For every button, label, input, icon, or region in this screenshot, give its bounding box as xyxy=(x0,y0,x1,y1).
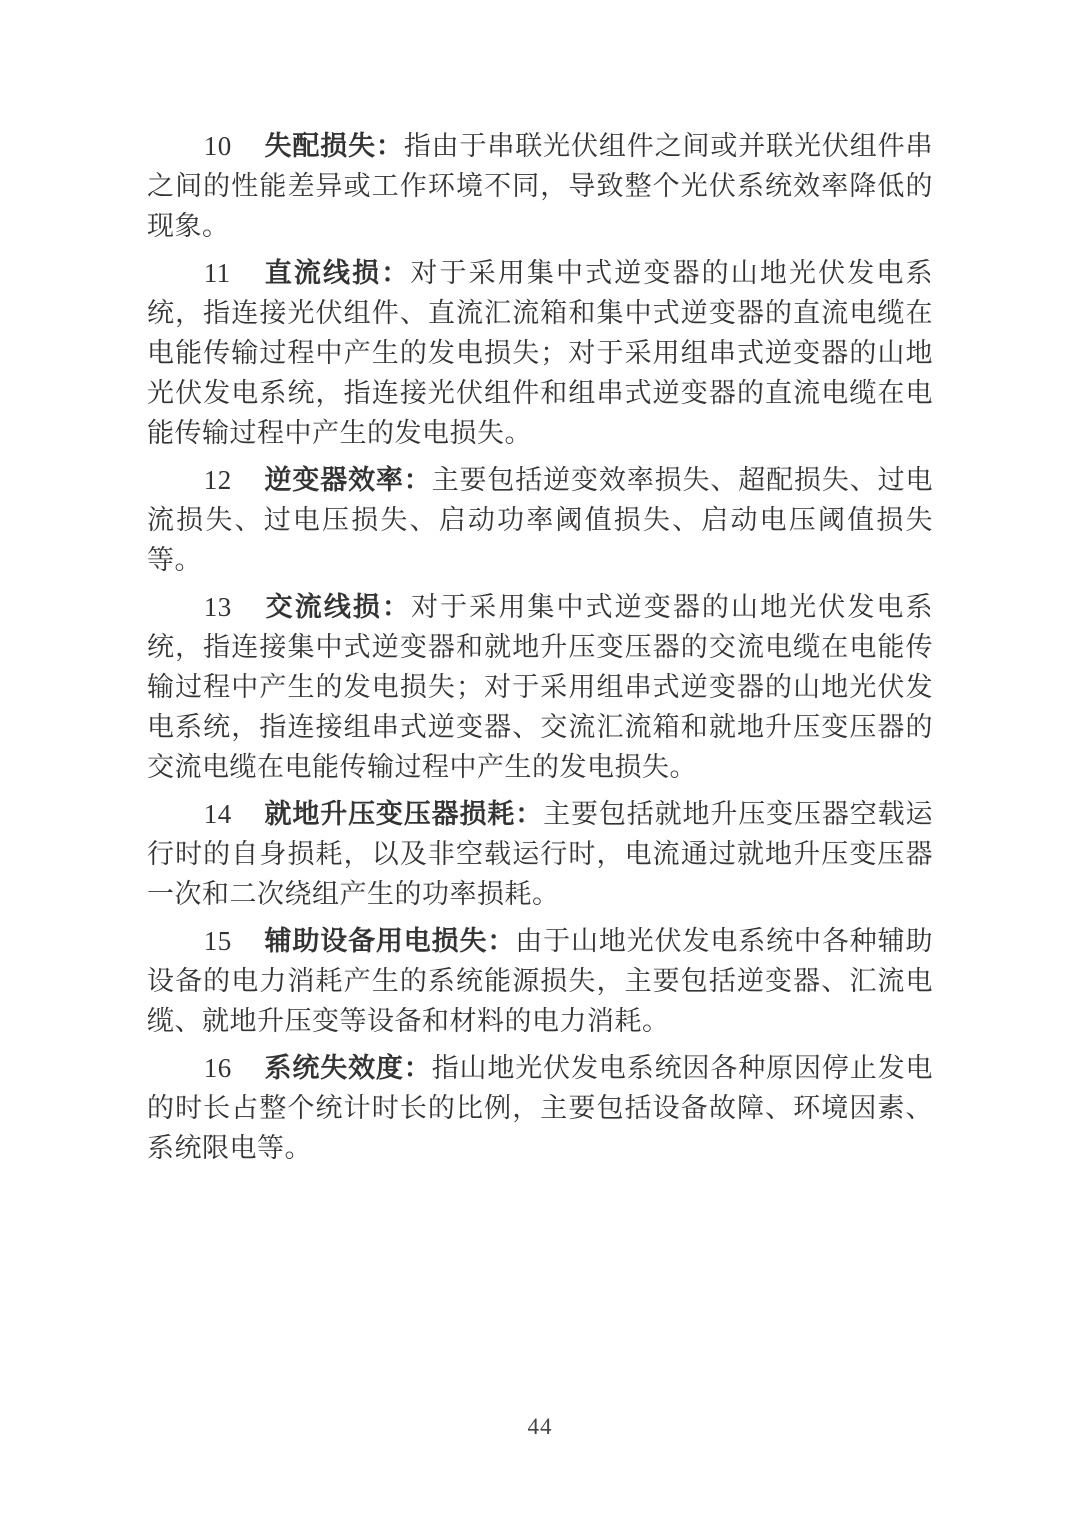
definitions-list: 10失配损失：指由于串联光伏组件之间或并联光伏组件串之间的性能差异或工作环境不同… xyxy=(147,126,933,1175)
item-term: 系统失效度： xyxy=(264,1053,432,1083)
definition-item-16: 16系统失效度：指山地光伏发电系统因各种原因停止发电的时长占整个统计时长的比例，… xyxy=(147,1048,933,1168)
definition-item-14: 14就地升压变压器损耗：主要包括就地升压变压器空载运行时的自身损耗，以及非空载运… xyxy=(147,794,933,914)
item-term: 直流线损： xyxy=(263,258,410,288)
item-number: 16 xyxy=(204,1053,232,1083)
page-footer: 44 xyxy=(0,1414,1080,1440)
item-number: 15 xyxy=(204,926,232,956)
definition-item-11: 11直流线损：对于采用集中式逆变器的山地光伏发电系统，指连接光伏组件、直流汇流箱… xyxy=(147,253,933,453)
definition-item-15: 15辅助设备用电损失：由于山地光伏发电系统中各种辅助设备的电力消耗产生的系统能源… xyxy=(147,921,933,1041)
item-number: 14 xyxy=(204,799,232,829)
definition-item-12: 12逆变器效率：主要包括逆变效率损失、超配损失、过电流损失、过电压损失、启动功率… xyxy=(147,460,933,580)
item-number: 13 xyxy=(204,592,232,622)
item-number: 10 xyxy=(204,131,232,161)
item-term: 失配损失： xyxy=(264,131,404,161)
page-number: 44 xyxy=(528,1414,553,1439)
item-term: 交流线损： xyxy=(264,592,411,622)
item-term: 辅助设备用电损失： xyxy=(264,926,515,956)
item-term: 逆变器效率： xyxy=(264,465,432,495)
item-number: 11 xyxy=(204,258,231,288)
definition-item-10: 10失配损失：指由于串联光伏组件之间或并联光伏组件串之间的性能差异或工作环境不同… xyxy=(147,126,933,246)
document-page: 10失配损失：指由于串联光伏组件之间或并联光伏组件串之间的性能差异或工作环境不同… xyxy=(0,0,1080,1528)
item-number: 12 xyxy=(204,465,232,495)
definition-item-13: 13交流线损：对于采用集中式逆变器的山地光伏发电系统，指连接集中式逆变器和就地升… xyxy=(147,587,933,787)
item-term: 就地升压变压器损耗： xyxy=(264,799,543,829)
